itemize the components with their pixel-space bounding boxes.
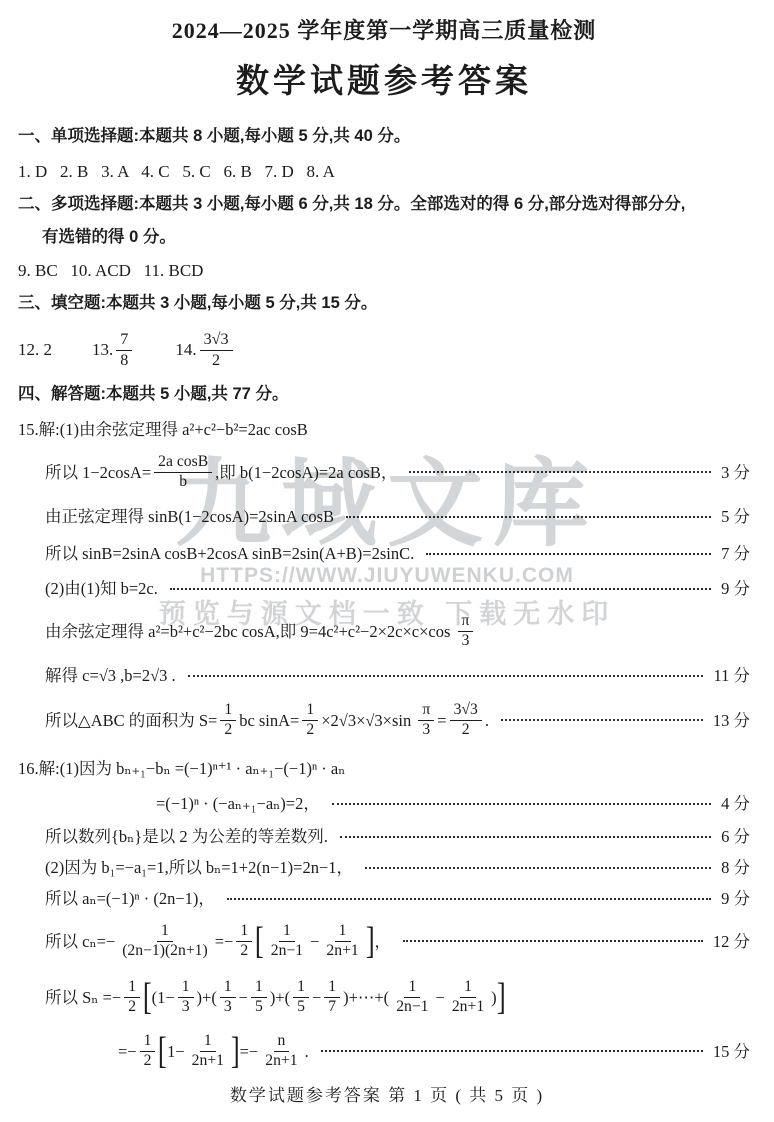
fraction: 12: [302, 701, 318, 740]
math-text: .: [305, 1039, 309, 1064]
score-label: 15 分: [713, 1039, 750, 1064]
score-label: 13 分: [713, 708, 750, 733]
math-text: ,即 b(1−2cosA)=2a cosB，: [215, 460, 397, 485]
q15-line-8: 所以△ABC 的面积为 S= 12 bc sinA= 12 ×2√3×√3×si…: [18, 696, 750, 744]
section-4-heading: 四、解答题:本题共 5 小题,共 77 分。: [18, 382, 750, 407]
score-label: 7 分: [721, 541, 750, 566]
math-text: (2)因为 b₁=−a₁=1,所以 bₙ=1+2(n−1)=2n−1，: [45, 855, 353, 880]
q16-line-2: =(−1)ⁿ · (−aₙ₊₁−aₙ)=2， 4 分: [18, 791, 750, 816]
mc-answers-1-8: 1. D 2. B 3. A 4. C 5. C 6. B 7. D 8. A: [18, 159, 750, 184]
score-label: 4 分: [721, 791, 750, 816]
math-text: 所以 aₙ=(−1)ⁿ · (2n−1)，: [45, 886, 215, 911]
left-bracket: [: [158, 1034, 167, 1068]
q15-line-2: 所以 1−2cosA= 2a cosBb ,即 b(1−2cosA)=2a co…: [18, 448, 750, 496]
q15-line-7: 解得 c=√3 ,b=2√3 . 11 分: [18, 663, 750, 688]
page-footer: 数学试题参考答案 第 1 页 ( 共 5 页 ): [0, 1081, 774, 1106]
math-text: 由余弦定理得 a²=b²+c²−2bc cosA,即 9=4c²+c²−2×2c…: [45, 619, 455, 644]
math-text: 15.解:(1)由余弦定理得 a²+c²−b²=2ac cosB: [18, 417, 308, 442]
fraction: 17: [324, 978, 340, 1017]
fraction: 3√32: [450, 701, 482, 740]
fraction: 13: [178, 978, 194, 1017]
math-text: −: [239, 985, 248, 1010]
fraction: 1(2n−1)(2n+1): [118, 922, 211, 961]
section-2-heading-line1: 二、多项选择题:本题共 3 小题,每小题 6 分,共 18 分。全部选对的得 6…: [18, 192, 750, 217]
math-text: ×2√3×√3×sin: [321, 708, 415, 733]
dot-leader: [426, 553, 711, 555]
math-text: (2)由(1)知 b=2c.: [45, 576, 158, 601]
q15-line-6: 由余弦定理得 a²=b²+c²−2bc cosA,即 9=4c²+c²−2×2c…: [18, 607, 750, 655]
dot-leader: [188, 675, 704, 677]
document-content: 2024—2025 学年度第一学期高三质量检测 数学试题参考答案 一、单项选择题…: [0, 0, 774, 1075]
q16-line-6: 所以 cₙ=− 1(2n−1)(2n+1) =− 12 [ 12n−1 − 12…: [18, 917, 750, 965]
math-text: 1−: [167, 1039, 185, 1064]
q15-line-1: 15.解:(1)由余弦定理得 a²+c²−b²=2ac cosB: [18, 417, 750, 442]
math-text: −: [310, 929, 319, 954]
math-text: =−: [240, 1039, 259, 1064]
math-text: 所以 sinB=2sinA cosB+2cosA sinB=2sin(A+B)=…: [45, 541, 414, 566]
page-title: 数学试题参考答案: [18, 58, 750, 104]
q15-line-5: (2)由(1)知 b=2c. 9 分: [18, 576, 750, 601]
fraction: 12: [236, 922, 252, 961]
score-label: 9 分: [721, 886, 750, 911]
section-1-heading: 一、单项选择题:本题共 8 小题,每小题 5 分,共 40 分。: [18, 124, 750, 149]
q16-line-4: (2)因为 b₁=−a₁=1,所以 bₙ=1+2(n−1)=2n−1， 8 分: [18, 855, 750, 880]
dot-leader: [170, 588, 711, 590]
dot-leader: [346, 516, 711, 518]
dot-leader: [227, 898, 711, 900]
answer-12: 12. 2: [18, 340, 52, 360]
math-text: )+(: [270, 985, 290, 1010]
math-text: =: [437, 708, 446, 733]
math-text: 所以数列{bₙ}是以 2 为公差的等差数列.: [45, 824, 328, 849]
fill-in-answers: 12. 2 13. 78 14. 3√32: [18, 324, 750, 376]
math-text: 所以 cₙ=−: [45, 929, 115, 954]
section-2-heading-line2: 有选错的得 0 分。: [18, 225, 750, 250]
math-text: )+(: [197, 985, 217, 1010]
math-text: bc sinA=: [239, 708, 299, 733]
fraction: 12n+1: [188, 1032, 228, 1071]
q16-line-5: 所以 aₙ=(−1)ⁿ · (2n−1)， 9 分: [18, 886, 750, 911]
math-text: 所以 Sₙ =−: [45, 985, 121, 1010]
math-text: .: [485, 708, 489, 733]
math-text: 由正弦定理得 sinB(1−2cosA)=2sinA cosB: [45, 504, 334, 529]
dot-leader: [409, 471, 711, 473]
math-text: 所以△ABC 的面积为 S=: [45, 708, 217, 733]
score-label: 6 分: [721, 824, 750, 849]
q15-line-3: 由正弦定理得 sinB(1−2cosA)=2sinA cosB 5 分: [18, 504, 750, 529]
fraction: n2n+1: [261, 1032, 301, 1071]
math-text: −: [436, 985, 445, 1010]
fraction: 12: [124, 978, 140, 1017]
left-bracket: [: [143, 980, 152, 1014]
math-text: =−: [118, 1039, 137, 1064]
fraction: 2a cosBb: [154, 453, 212, 492]
fraction: 15: [293, 978, 309, 1017]
score-label: 5 分: [721, 504, 750, 529]
math-text: ，: [374, 929, 391, 954]
score-label: 8 分: [721, 855, 750, 880]
fraction: 12n−1: [392, 978, 432, 1017]
q16-line-3: 所以数列{bₙ}是以 2 为公差的等差数列. 6 分: [18, 824, 750, 849]
math-text: −: [312, 985, 321, 1010]
fraction: 12n+1: [448, 978, 488, 1017]
right-bracket: ]: [497, 980, 506, 1014]
math-text: (1−: [152, 985, 175, 1010]
score-label: 3 分: [721, 460, 750, 485]
q16-line-7: 所以 Sₙ =− 12 [ (1− 13 )+( 13 − 15 )+( 15 …: [18, 973, 750, 1021]
fraction: 12: [140, 1032, 156, 1071]
score-label: 9 分: [721, 576, 750, 601]
fraction: 13: [220, 978, 236, 1017]
dot-leader: [340, 836, 711, 838]
score-label: 12 分: [713, 929, 750, 954]
dot-leader: [321, 1050, 703, 1052]
dot-leader: [332, 803, 711, 805]
dot-leader: [403, 940, 703, 942]
right-bracket: ]: [231, 1034, 240, 1068]
answer-13-fraction: 78: [116, 330, 132, 370]
math-text: 解得 c=√3 ,b=2√3 .: [45, 663, 176, 688]
score-label: 11 分: [713, 663, 750, 688]
fraction: π3: [418, 701, 434, 740]
fraction: 12n−1: [267, 922, 307, 961]
mc-answers-9-11: 9. BC 10. ACD 11. BCD: [18, 258, 750, 283]
section-3-heading: 三、填空题:本题共 3 小题,每小题 5 分,共 15 分。: [18, 291, 750, 316]
answer-13-label: 13.: [92, 340, 113, 360]
left-bracket: [: [255, 924, 264, 958]
math-text: )+⋯+(: [343, 985, 389, 1010]
right-bracket: ]: [366, 924, 375, 958]
exam-answer-page: 九域文库 HTTPS://WWW.JIUYUWENKU.COM 预览与源文档一致…: [0, 0, 774, 1122]
q16-line-1: 16.解:(1)因为 bₙ₊₁−bₙ =(−1)ⁿ⁺¹ · aₙ₊₁−(−1)ⁿ…: [18, 756, 750, 781]
page-subtitle: 2024—2025 学年度第一学期高三质量检测: [18, 16, 750, 46]
fraction: 12: [220, 701, 236, 740]
fraction: π3: [458, 612, 474, 651]
math-text: =−: [215, 929, 234, 954]
math-text: 所以 1−2cosA=: [45, 460, 151, 485]
answer-14-label: 14.: [175, 340, 196, 360]
q16-line-8: =− 12 [ 1− 12n+1 ] =− n2n+1 . 15 分: [18, 1027, 750, 1075]
math-text: 16.解:(1)因为 bₙ₊₁−bₙ =(−1)ⁿ⁺¹ · aₙ₊₁−(−1)ⁿ…: [18, 756, 345, 781]
fraction: 12n+1: [322, 922, 362, 961]
math-text: ): [491, 985, 497, 1010]
dot-leader: [365, 867, 711, 869]
math-text: =(−1)ⁿ · (−aₙ₊₁−aₙ)=2，: [156, 791, 320, 816]
fraction: 15: [251, 978, 267, 1017]
dot-leader: [501, 719, 703, 721]
answer-14-fraction: 3√32: [200, 330, 233, 370]
q15-line-4: 所以 sinB=2sinA cosB+2cosA sinB=2sin(A+B)=…: [18, 541, 750, 566]
